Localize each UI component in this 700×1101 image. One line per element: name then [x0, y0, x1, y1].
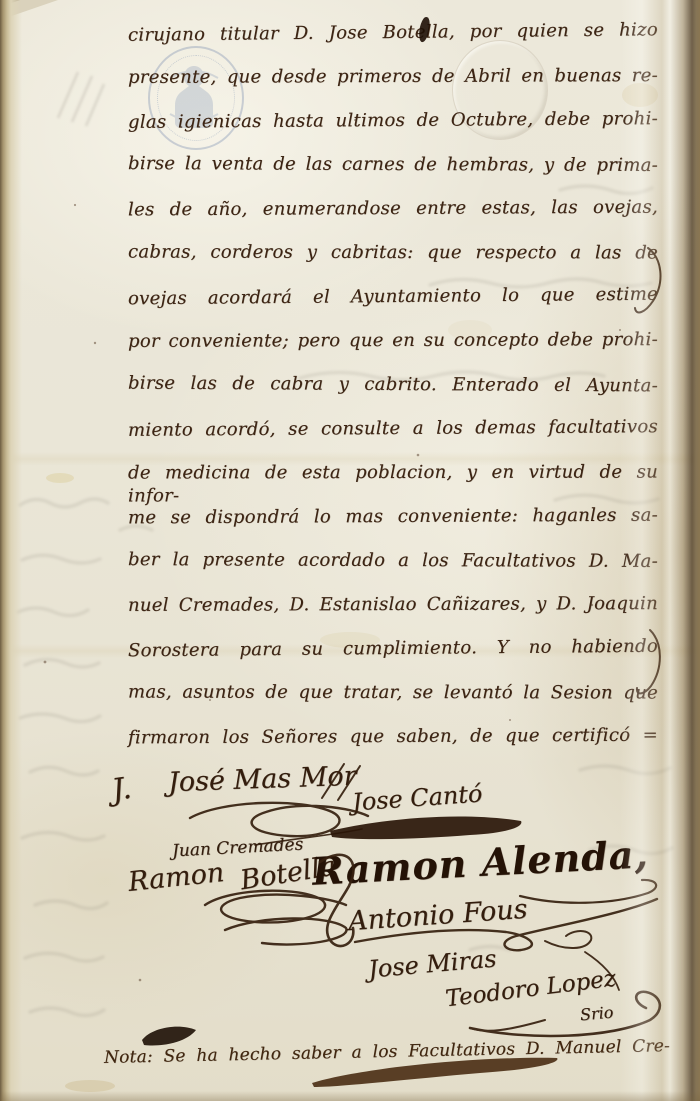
manuscript-line: firmaron los Señores que saben, de que c…: [128, 725, 658, 754]
manuscript-line: glas igienicas hasta ultimos de Octubre,…: [128, 108, 658, 138]
manuscript-line: nuel Cremades, D. Estanislao Cañizares, …: [128, 593, 658, 621]
page-left-edge: [0, 0, 22, 1101]
manuscript-scan-page: cirujano titular D. Jose Botella, por qu…: [0, 0, 700, 1101]
manuscript-line: cabras, corderos y cabritas: que respect…: [128, 242, 658, 269]
signature-initial: J.: [110, 771, 134, 808]
signature-jose-miras: Jose Miras: [367, 944, 498, 983]
manuscript-line: birse las de cabra y cabrito. Enterado e…: [128, 373, 658, 402]
manuscript-line: miento acordó, se consulte a los demas f…: [128, 416, 658, 446]
paper-stains: [46, 83, 658, 1092]
nota-line: Nota: Se ha hecho saber a los Facultativ…: [104, 1036, 670, 1068]
signature-secretary-abbr: Srio: [579, 1003, 614, 1025]
manuscript-line: de medicina de esta poblacion, y en virt…: [128, 462, 658, 489]
signature-jose-mas-mor: José Mas Mor: [168, 761, 357, 799]
manuscript-line: me se dispondrá lo mas conveniente: haga…: [128, 505, 658, 534]
manuscript-line: mas, asuntos de que tratar, se levantó l…: [128, 682, 658, 709]
manuscript-line: les de año, enumerandose entre estas, la…: [128, 197, 658, 226]
manuscript-line: ber la presente acordado a los Facultati…: [128, 549, 658, 577]
page-bottom-edge: [0, 1091, 700, 1101]
signature-ramon: Ramon: [127, 857, 226, 898]
manuscript-line: Sorostera para su cumplimiento. Y no hab…: [128, 636, 658, 667]
manuscript-line: ovejas acordará el Ayuntamiento lo que e…: [128, 284, 658, 315]
signature-antonio-fous: Antonio Fous: [347, 894, 528, 937]
signature-jose-canto: Jose Cantó: [351, 779, 483, 816]
manuscript-line: presente, que desde primeros de Abril en…: [128, 65, 658, 93]
manuscript-line: por conveniente; pero que en su concepto…: [128, 329, 658, 357]
manuscript-line: cirujano titular D. Jose Botella, por qu…: [128, 19, 658, 51]
manuscript-line: birse la venta de las carnes de hembras,…: [128, 153, 658, 181]
page-corner-fold: [0, 0, 20, 7]
signature-ramon-alenda: Ramon Alenda,: [311, 831, 650, 894]
